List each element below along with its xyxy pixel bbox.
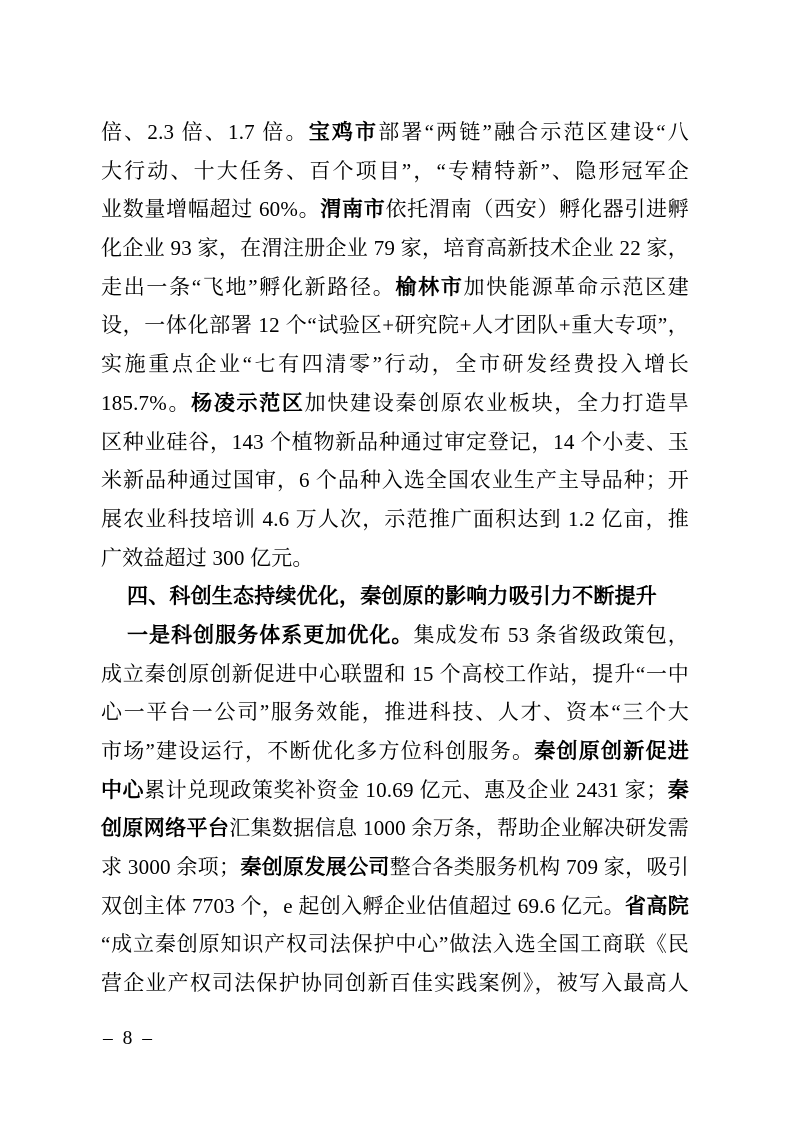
text-line: 走出一条“飞地”孵化新路径。榆林市加快能源革命示范区建 [101,268,689,307]
text-line: 中心累计兑现政策奖补资金 10.69 亿元、惠及企业 2431 家；秦 [101,771,689,810]
body-text: 185.7%。 [101,391,191,415]
body-text: 业数量增幅超过 60%。 [101,197,320,221]
text-line: 市场”建设运行，不断优化多方位科创服务。秦创原创新促进 [101,732,689,771]
body-text: 汇集数据信息 1000 余万条，帮助企业解决研发需 [229,816,689,840]
body-text: 化企业 93 家，在渭注册企业 79 家，培育高新技术企业 22 家， [101,236,689,260]
text-line: 成立秦创原创新促进中心联盟和 15 个高校工作站，提升“一中 [101,655,689,694]
text-line: 实施重点企业“七有四清零”行动，全市研发经费投入增长 [101,345,689,384]
bold-term: 省高院 [625,895,689,918]
text-line: 区种业硅谷，143 个植物新品种通过审定登记，14 个小麦、玉 [101,423,689,462]
bold-term: 创原网络平台 [101,817,229,840]
bold-term: 宝鸡市 [309,121,379,144]
bold-term: 秦创原发展公司 [240,856,390,879]
text-line: 业数量增幅超过 60%。渭南市依托渭南（西安）孵化器引进孵 [101,190,689,229]
bold-term: 四、科创生态持续优化，秦创原的影响力吸引力不断提升 [127,585,657,608]
bold-term: 中心 [101,779,144,802]
text-line: 创原网络平台汇集数据信息 1000 余万条，帮助企业解决研发需 [101,809,689,848]
bold-term: 秦 [667,779,689,802]
body-text: 累计兑现政策奖补资金 10.69 亿元、惠及企业 2431 家； [144,778,667,802]
text-line: 心一平台一公司”服务效能，推进科技、人才、资本“三个大 [101,693,689,732]
body-text: 成立秦创原创新促进中心联盟和 15 个高校工作站，提升“一中 [101,662,689,686]
body-text: “成立秦创原知识产权司法保护中心”做法入选全国工商联《民 [101,932,689,956]
body-text: 广效益超过 300 亿元。 [101,546,314,570]
bold-term: 榆林市 [395,276,463,299]
text-line: 倍、2.3 倍、1.7 倍。宝鸡市部署“两链”融合示范区建设“八 [101,113,689,152]
body-text: 整合各类服务机构 709 家，吸引 [390,855,689,879]
body-text: 加快建设秦创原农业板块，全力打造旱 [305,391,689,415]
paragraph-sci-innovation-services: 一是科创服务体系更加优化。集成发布 53 条省级政策包，成立秦创原创新促进中心联… [101,616,689,1003]
document-page: 倍、2.3 倍、1.7 倍。宝鸡市部署“两链”融合示范区建设“八大行动、十大任务… [0,0,793,1123]
bold-lead-in: 一是科创服务体系更加优化。 [127,623,413,647]
body-text: 倍、2.3 倍、1.7 倍。 [101,120,309,144]
section-heading-four: 四、科创生态持续优化，秦创原的影响力吸引力不断提升 [101,577,689,616]
page-number: – 8 – [103,1028,155,1050]
body-text: 双创主体 7703 个，e 起创入孵企业估值超过 69.6 亿元。 [101,894,625,918]
text-line: 展农业科技培训 4.6 万人次，示范推广面积达到 1.2 亿亩，推 [101,500,689,539]
text-line: 一是科创服务体系更加优化。集成发布 53 条省级政策包， [101,616,689,655]
text-line: 设，一体化部署 12 个“试验区+研究院+人才团队+重大专项”， [101,306,689,345]
text-line: 米新品种通过国审，6 个品种入选全国农业生产主导品种；开 [101,461,689,500]
text-line: 化企业 93 家，在渭注册企业 79 家，培育高新技术企业 22 家， [101,229,689,268]
bold-term: 秦创原创新促进 [534,740,689,763]
body-text: 求 3000 余项； [101,855,240,879]
body-text: 设，一体化部署 12 个“试验区+研究院+人才团队+重大专项”， [101,313,689,337]
bold-term: 渭南市 [320,198,385,221]
body-text: 展农业科技培训 4.6 万人次，示范推广面积达到 1.2 亿亩，推 [101,507,689,531]
text-line: “成立秦创原知识产权司法保护中心”做法入选全国工商联《民 [101,925,689,964]
document-body: 倍、2.3 倍、1.7 倍。宝鸡市部署“两链”融合示范区建设“八大行动、十大任务… [101,113,689,1003]
body-text: 大行动、十大任务、百个项目”，“专精特新”、隐形冠军企 [101,159,689,183]
body-text: 集成发布 53 条省级政策包， [413,623,689,647]
body-text: 依托渭南（西安）孵化器引进孵 [385,197,689,221]
text-line: 双创主体 7703 个，e 起创入孵企业估值超过 69.6 亿元。省高院 [101,887,689,926]
body-text: 心一平台一公司”服务效能，推进科技、人才、资本“三个大 [101,700,689,724]
text-line: 广效益超过 300 亿元。 [101,539,689,578]
text-line: 营企业产权司法保护协同创新百佳实践案例》，被写入最高人 [101,964,689,1003]
body-text: 市场”建设运行，不断优化多方位科创服务。 [101,739,534,763]
paragraph-city-achievements: 倍、2.3 倍、1.7 倍。宝鸡市部署“两链”融合示范区建设“八大行动、十大任务… [101,113,689,577]
body-text: 走出一条“飞地”孵化新路径。 [101,275,395,299]
body-text: 部署“两链”融合示范区建设“八 [378,120,689,144]
body-text: 米新品种通过国审，6 个品种入选全国农业生产主导品种；开 [101,468,689,492]
text-line: 求 3000 余项；秦创原发展公司整合各类服务机构 709 家，吸引 [101,848,689,887]
body-text: 实施重点企业“七有四清零”行动，全市研发经费投入增长 [101,352,689,376]
text-line: 大行动、十大任务、百个项目”，“专精特新”、隐形冠军企 [101,152,689,191]
text-line: 四、科创生态持续优化，秦创原的影响力吸引力不断提升 [101,577,689,616]
body-text: 区种业硅谷，143 个植物新品种通过审定登记，14 个小麦、玉 [101,430,689,454]
bold-term: 杨凌示范区 [191,392,305,415]
text-line: 185.7%。杨凌示范区加快建设秦创原农业板块，全力打造旱 [101,384,689,423]
body-text: 营企业产权司法保护协同创新百佳实践案例》，被写入最高人 [101,971,689,995]
body-text: 加快能源革命示范区建 [464,275,689,299]
